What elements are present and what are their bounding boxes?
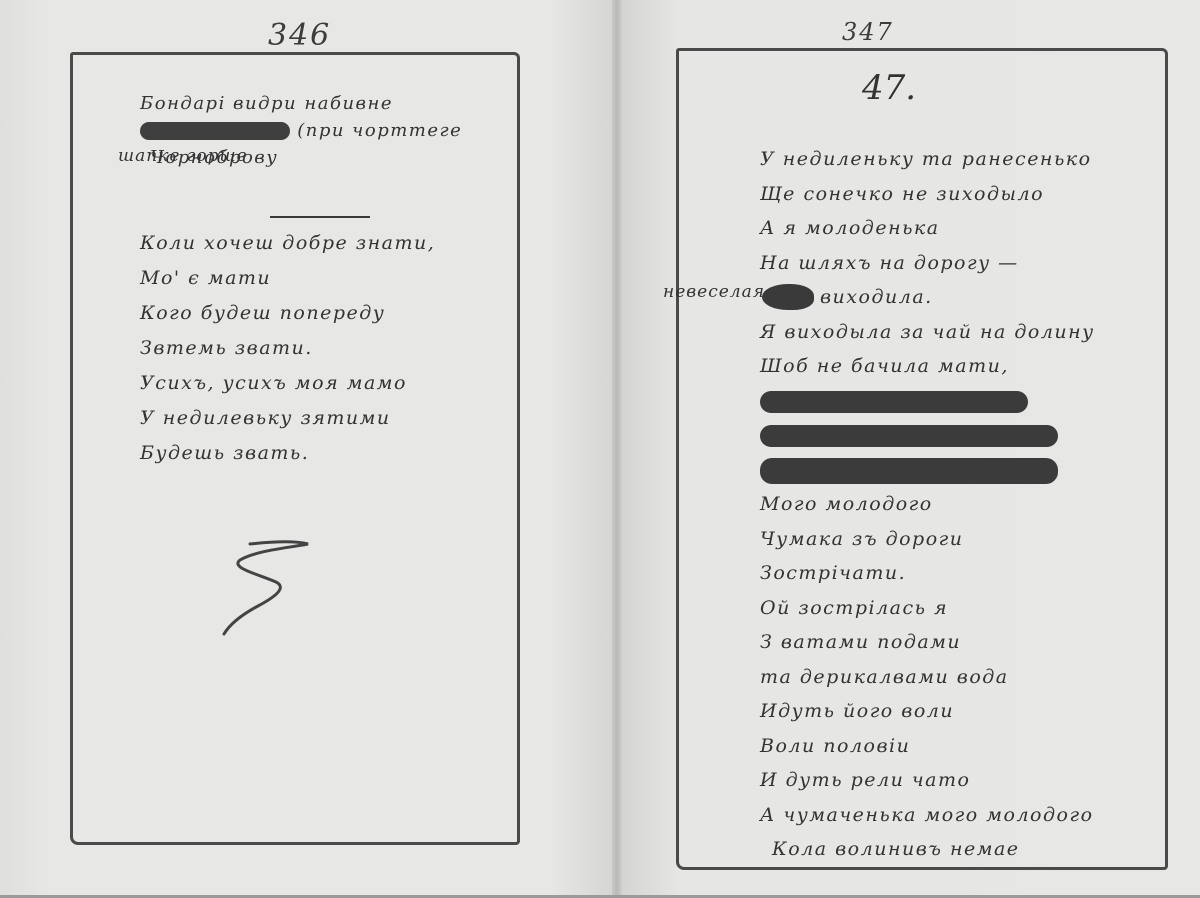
struck-line bbox=[760, 453, 1095, 488]
folio-number-left: 346 bbox=[268, 18, 331, 53]
poem-line: На шляхъ на дорогу — bbox=[760, 246, 1095, 281]
end-flourish-icon bbox=[218, 538, 318, 648]
section-divider bbox=[270, 216, 370, 218]
poem-line: Ой зострілась я bbox=[760, 591, 1095, 626]
poem-line: А я молоденька bbox=[760, 211, 1095, 246]
poem-line: Чумака зъ дороги bbox=[760, 522, 1095, 557]
redaction-bar bbox=[760, 458, 1058, 484]
poem-line: Я виходыла за чай на долину bbox=[760, 315, 1095, 350]
poem-line: та дерикалвами вода bbox=[760, 660, 1095, 695]
poem-line: Воли половіи bbox=[760, 729, 1095, 764]
poem-line: виходила. bbox=[760, 280, 1095, 315]
poem-line: Шоб не бачила мати, bbox=[760, 349, 1095, 384]
poem-line: Будешь звать. bbox=[140, 436, 435, 471]
poem-line: З ватами подами bbox=[760, 625, 1095, 660]
manuscript-spread: 346 Бондарі видри набивне (при чорттеге … bbox=[0, 0, 1200, 898]
struck-out-text bbox=[140, 122, 290, 140]
folio-number-right: 347 bbox=[842, 18, 894, 46]
poem-line: Мого молодого bbox=[760, 487, 1095, 522]
redaction-bar bbox=[760, 425, 1058, 447]
redaction-bar bbox=[760, 391, 1028, 413]
poem-line: Мо' є мати bbox=[140, 261, 435, 296]
book-gutter bbox=[612, 0, 622, 898]
poem-line: Коли хочеш добре знати, bbox=[140, 226, 435, 261]
poem-line: Звтемь звати. bbox=[140, 331, 435, 366]
heading-line: Бондарі видри набивне bbox=[140, 90, 462, 117]
heading-line-text: (при чорттеге bbox=[297, 120, 462, 141]
heading-line-with-strike: (при чорттеге bbox=[140, 117, 462, 144]
poem-line: Кого будеш попереду bbox=[140, 296, 435, 331]
left-poem: Коли хочеш добре знати, Мо' є мати Кого … bbox=[140, 226, 435, 471]
poem-line: Кола волинивъ немае bbox=[760, 832, 1095, 867]
poem-line: У недилевьку зятими bbox=[140, 401, 435, 436]
interlinear-note: шапке горше bbox=[118, 146, 248, 166]
poem-line: У недиленьку та ранесенько bbox=[760, 142, 1095, 177]
poem-line: Зострічати. bbox=[760, 556, 1095, 591]
right-poem: У недиленьку та ранесенько Ще сонечко не… bbox=[760, 142, 1095, 867]
poem-line: Ще сонечко не зиходыло bbox=[760, 177, 1095, 212]
poem-line: Идуть його воли bbox=[760, 694, 1095, 729]
poem-line: И дуть рели чато bbox=[760, 763, 1095, 798]
poem-line: Усихъ, усихъ моя мамо bbox=[140, 366, 435, 401]
poem-line: А чумаченька мого молодого bbox=[760, 798, 1095, 833]
struck-line bbox=[760, 418, 1095, 453]
struck-line bbox=[760, 384, 1095, 419]
margin-note: невеселая bbox=[663, 282, 765, 302]
